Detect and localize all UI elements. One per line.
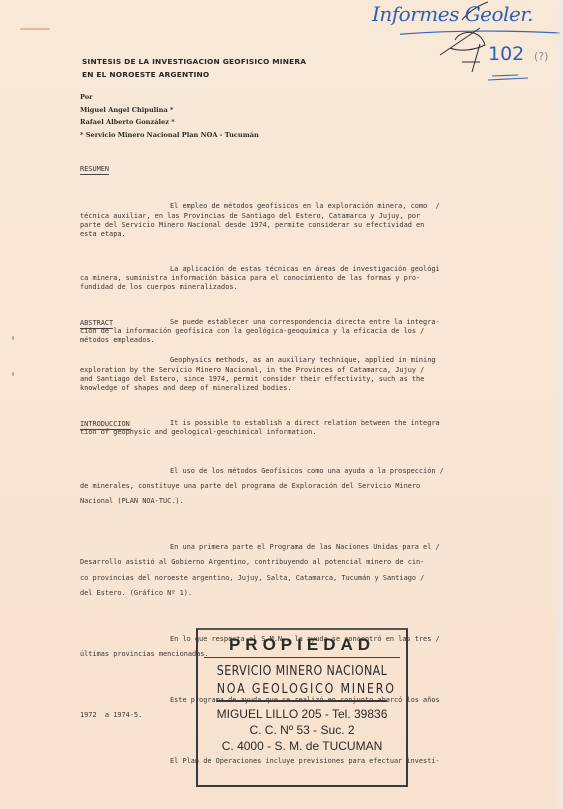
paper-mark	[20, 28, 50, 30]
paragraph: La aplicación de estas técnicas en áreas…	[80, 265, 440, 293]
document-title: SINTESIS DE LA INVESTIGACION GEOFISICO M…	[82, 55, 306, 81]
author-name: Rafael Alberto González *	[80, 116, 259, 129]
title-line: EN EL NOROESTE ARGENTINO	[82, 68, 306, 81]
by-label: Por	[80, 91, 259, 104]
section-heading-abstract: ABSTRACT	[80, 319, 113, 329]
authors-block: Por Miguel Angel Chipulina * Rafael Albe…	[80, 91, 259, 141]
paragraph: El empleo de métodos geofísicos en la ex…	[80, 202, 440, 239]
staple-mark	[12, 372, 14, 376]
stamp-line-1: SERVICIO MINERO NACIONAL	[217, 663, 388, 679]
title-line: SINTESIS DE LA INVESTIGACION GEOFISICO M…	[82, 55, 306, 68]
paragraph: Geophysics methods, as an auxiliary tech…	[80, 356, 440, 393]
handwritten-label: Informes Geoler.	[372, 2, 533, 26]
property-stamp: PROPIEDAD SERVICIO MINERO NACIONAL NOA G…	[196, 628, 408, 787]
scanned-document-page: Informes Geoler. 102 (?) SINTESIS DE LA …	[0, 0, 563, 809]
stamp-line-2: NOA GEOLOGICO MINERO	[217, 681, 388, 702]
paragraph: En una primera parte el Programa de las …	[80, 540, 444, 601]
stamp-title: PROPIEDAD	[204, 635, 400, 658]
author-name: Miguel Angel Chipulina *	[80, 104, 259, 117]
staple-mark	[12, 336, 14, 340]
section-heading-introduccion: INTRODUCCION	[80, 420, 130, 430]
handwritten-number: 102	[488, 43, 524, 65]
author-affiliation: * Servicio Minero Nacional Plan NOA - Tu…	[80, 129, 259, 142]
stamp-address-2: C. C. Nº 53 - Suc. 2	[198, 723, 406, 737]
section-heading-resumen: RESUMEN	[80, 165, 109, 175]
stamp-address-1: MIGUEL LILLO 205 - Tel. 39836	[198, 707, 406, 721]
paragraph: El uso de los métodos Geofísicos como un…	[80, 464, 444, 510]
stamp-address-3: C. 4000 - S. M. de TUCUMAN	[198, 739, 406, 753]
handwritten-note: (?)	[534, 50, 548, 63]
